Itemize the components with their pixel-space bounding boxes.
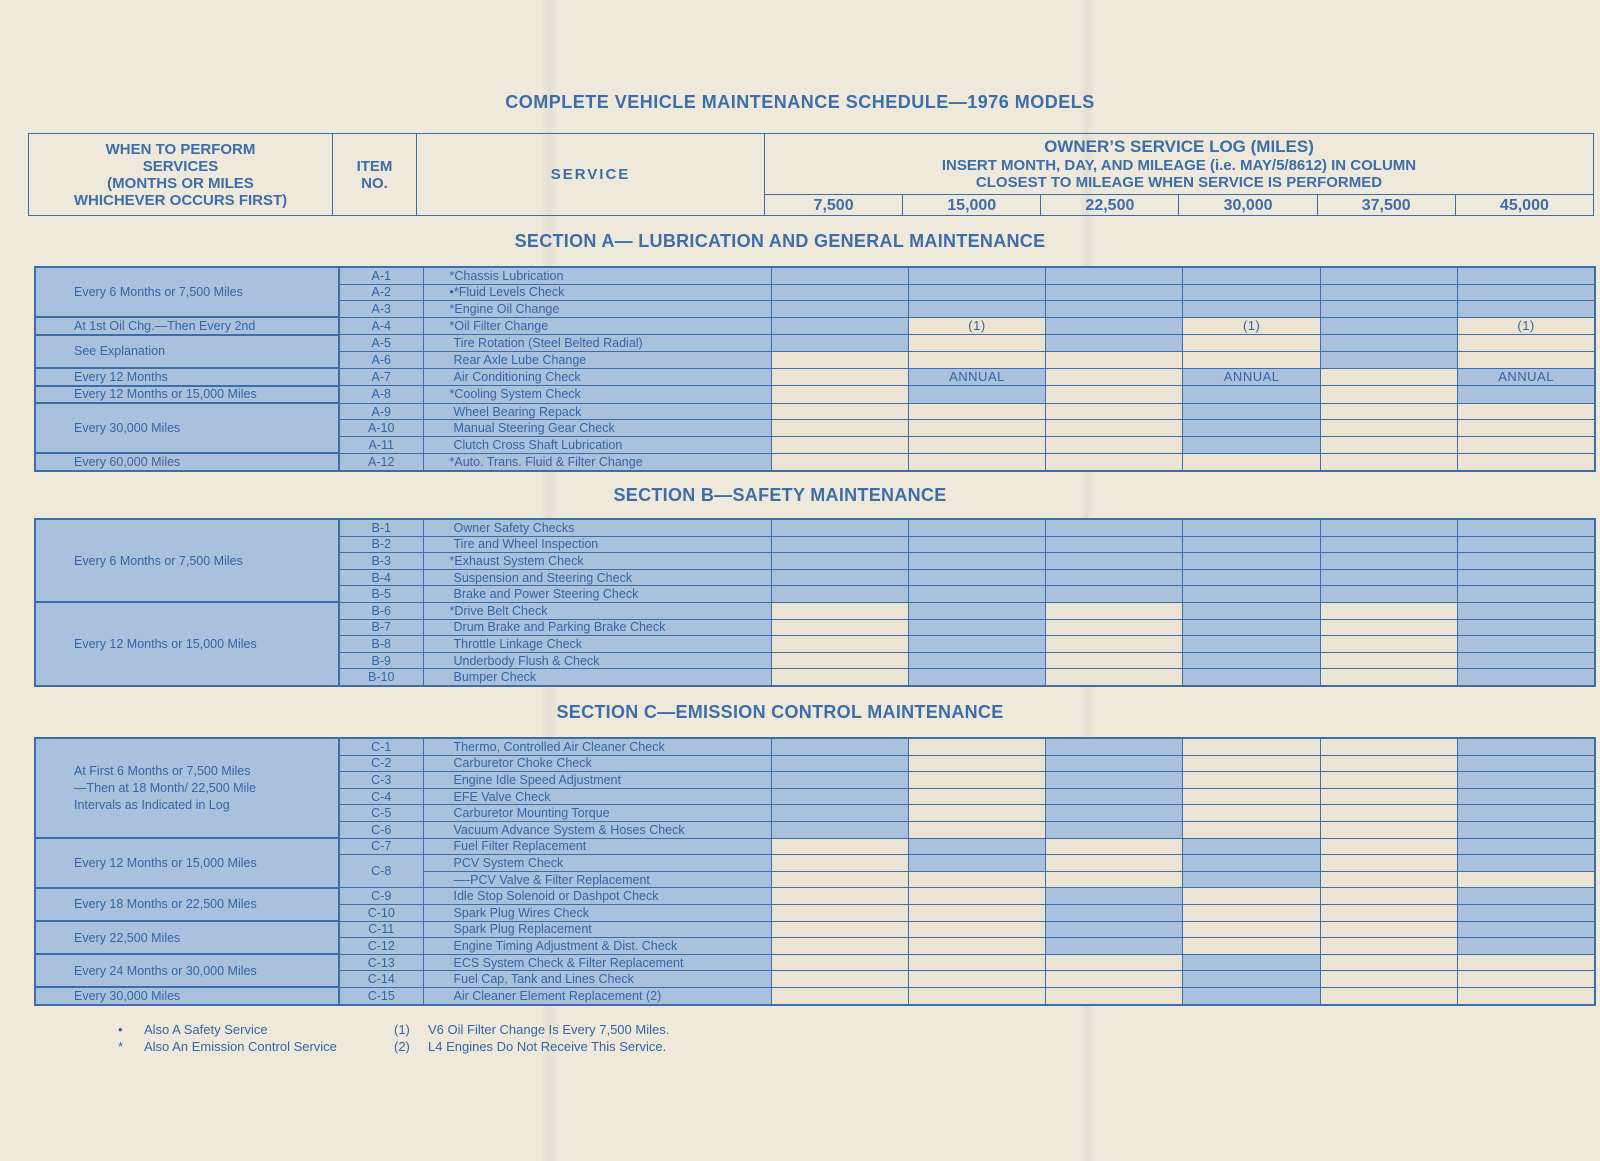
service-log-cell[interactable]	[1183, 669, 1320, 686]
service-log-cell[interactable]	[1046, 351, 1183, 368]
item-number: A-7	[339, 368, 423, 386]
service-log-cell[interactable]	[1320, 971, 1457, 988]
item-number: C-6	[339, 821, 423, 838]
service-log-cell[interactable]	[771, 738, 908, 755]
item-number: B-7	[339, 619, 423, 636]
service-log-cell[interactable]	[1183, 403, 1320, 420]
interval-cell: At 1st Oil Chg.—Then Every 2nd	[35, 317, 339, 335]
service-log-cell[interactable]	[771, 971, 908, 988]
section-b-title: SECTION B—SAFETY MAINTENANCE	[20, 485, 1540, 506]
service-log-cell[interactable]	[771, 317, 908, 335]
service-log-cell[interactable]	[1458, 351, 1595, 368]
service-log-cell[interactable]	[908, 921, 1045, 938]
service-log-cell[interactable]	[771, 755, 908, 772]
item-number: B-9	[339, 652, 423, 669]
service-log-cell[interactable]	[1458, 602, 1595, 619]
service-log-cell[interactable]	[1046, 403, 1183, 420]
section-a-table: Every 6 Months or 7,500 MilesA-1*Chassis…	[34, 266, 1596, 472]
service-log-cell[interactable]	[1046, 301, 1183, 318]
service-log-cell[interactable]	[1183, 536, 1320, 553]
service-log-cell[interactable]	[1046, 317, 1183, 335]
service-log-cell[interactable]	[1046, 821, 1183, 838]
service-log-cell[interactable]	[1183, 904, 1320, 921]
service-log-cell[interactable]	[1458, 772, 1595, 789]
service-log-cell[interactable]	[1320, 284, 1457, 301]
service-log-cell[interactable]	[1183, 888, 1320, 905]
mileage-column-header: 7,500	[765, 195, 903, 216]
service-log-cell[interactable]	[908, 602, 1045, 619]
service-log-cell[interactable]	[908, 386, 1045, 404]
service-log-cell[interactable]	[908, 938, 1045, 955]
service-log-cell[interactable]	[908, 436, 1045, 453]
item-number: A-11	[339, 436, 423, 453]
service-log-cell[interactable]	[1320, 987, 1457, 1005]
service-log-cell[interactable]	[771, 938, 908, 955]
service-log-cell[interactable]	[771, 821, 908, 838]
service-name: Fuel Filter Replacement	[423, 838, 771, 855]
service-log-cell[interactable]	[908, 351, 1045, 368]
service-log-cell[interactable]	[1183, 351, 1320, 368]
service-log-cell[interactable]	[1458, 938, 1595, 955]
service-log-cell[interactable]	[771, 368, 908, 386]
service-log-cell[interactable]	[1458, 436, 1595, 453]
service-log-cell[interactable]	[1458, 301, 1595, 318]
service-log-cell[interactable]	[1183, 954, 1320, 971]
service-log-cell[interactable]	[1046, 755, 1183, 772]
section-a-title: SECTION A— LUBRICATION AND GENERAL MAINT…	[20, 231, 1540, 252]
service-log-cell[interactable]	[1320, 586, 1457, 603]
item-number: C-1	[339, 738, 423, 755]
service-log-cell[interactable]	[771, 954, 908, 971]
service-log-cell[interactable]	[1046, 335, 1183, 352]
service-name: Thermo, Controlled Air Cleaner Check	[423, 738, 771, 755]
service-log-cell[interactable]	[1458, 805, 1595, 822]
service-name: *Exhaust System Check	[423, 553, 771, 570]
service-log-cell[interactable]	[1046, 921, 1183, 938]
service-log-cell[interactable]	[771, 838, 908, 855]
service-log-cell[interactable]	[1046, 904, 1183, 921]
service-log-cell[interactable]	[1183, 453, 1320, 471]
service-log-cell[interactable]	[908, 971, 1045, 988]
service-log-cell[interactable]	[1458, 420, 1595, 437]
service-log-cell[interactable]	[771, 888, 908, 905]
service-log-cell[interactable]	[1458, 669, 1595, 686]
service-log-cell[interactable]	[908, 453, 1045, 471]
service-log-cell[interactable]	[1320, 805, 1457, 822]
service-log-cell[interactable]	[1046, 987, 1183, 1005]
service-log-cell[interactable]: (1)	[1458, 317, 1595, 335]
service-log-cell[interactable]	[908, 855, 1045, 872]
item-number: C-5	[339, 805, 423, 822]
service-log-cell[interactable]	[1458, 821, 1595, 838]
table-row: Every 12 Months or 15,000 MilesB-6*Drive…	[35, 602, 1595, 619]
service-log-cell[interactable]	[1458, 267, 1595, 284]
service-log-cell[interactable]	[1320, 553, 1457, 570]
service-log-cell[interactable]	[771, 602, 908, 619]
service-log-cell[interactable]	[1183, 855, 1320, 872]
service-log-cell[interactable]	[1320, 453, 1457, 471]
interval-cell: Every 12 Months or 15,000 Miles	[35, 386, 339, 404]
service-log-cell[interactable]	[1183, 738, 1320, 755]
service-log-cell[interactable]	[1320, 938, 1457, 955]
service-log-cell[interactable]	[1183, 386, 1320, 404]
service-log-cell[interactable]	[1046, 788, 1183, 805]
service-log-cell[interactable]	[771, 636, 908, 653]
service-log-cell[interactable]	[771, 453, 908, 471]
service-log-cell[interactable]	[771, 569, 908, 586]
service-log-cell[interactable]	[1183, 519, 1320, 536]
service-name: EFE Valve Check	[423, 788, 771, 805]
service-log-cell[interactable]	[771, 987, 908, 1005]
service-log-cell[interactable]	[1046, 805, 1183, 822]
service-log-cell[interactable]	[908, 821, 1045, 838]
service-log-cell[interactable]	[1183, 987, 1320, 1005]
service-log-cell[interactable]	[1183, 420, 1320, 437]
service-log-cell[interactable]	[908, 586, 1045, 603]
service-log-cell[interactable]: ANNUAL	[908, 368, 1045, 386]
service-log-cell[interactable]	[771, 403, 908, 420]
service-log-cell[interactable]	[1320, 403, 1457, 420]
footnote: * Also An Emission Control Service (2) L…	[118, 1038, 669, 1055]
service-log-cell[interactable]	[1046, 368, 1183, 386]
service-log-cell[interactable]	[1320, 738, 1457, 755]
service-log-cell[interactable]	[1320, 652, 1457, 669]
service-name: Manual Steering Gear Check	[423, 420, 771, 437]
section-c-table: At First 6 Months or 7,500 Miles—Then at…	[34, 737, 1596, 1006]
service-log-cell[interactable]	[908, 636, 1045, 653]
service-log-cell[interactable]: ANNUAL	[1183, 368, 1320, 386]
service-log-cell[interactable]	[1320, 267, 1457, 284]
service-log-cell[interactable]	[1320, 921, 1457, 938]
service-log-cell[interactable]	[1320, 821, 1457, 838]
service-log-cell[interactable]	[1320, 317, 1457, 335]
item-number: B-5	[339, 586, 423, 603]
service-log-cell[interactable]	[771, 788, 908, 805]
service-log-cell[interactable]	[1458, 619, 1595, 636]
service-log-cell[interactable]	[1320, 871, 1457, 888]
service-log-cell[interactable]	[771, 267, 908, 284]
service-log-cell[interactable]	[1458, 335, 1595, 352]
service-name: Rear Axle Lube Change	[423, 351, 771, 368]
service-name: Carburetor Mounting Torque	[423, 805, 771, 822]
service-log-cell[interactable]	[908, 335, 1045, 352]
service-log-cell[interactable]	[1046, 569, 1183, 586]
item-number: C-13	[339, 954, 423, 971]
service-log-cell[interactable]	[908, 904, 1045, 921]
service-log-cell[interactable]	[1046, 971, 1183, 988]
service-log-cell[interactable]	[1183, 602, 1320, 619]
service-log-cell[interactable]	[1320, 602, 1457, 619]
service-log-cell[interactable]	[1183, 805, 1320, 822]
service-name: Underbody Flush & Check	[423, 652, 771, 669]
service-log-cell[interactable]	[1458, 788, 1595, 805]
interval-cell: Every 6 Months or 7,500 Miles	[35, 267, 339, 317]
service-log-cell[interactable]	[908, 569, 1045, 586]
service-log-cell[interactable]	[1458, 553, 1595, 570]
service-log-cell[interactable]	[1458, 904, 1595, 921]
service-log-cell[interactable]	[771, 669, 908, 686]
service-log-cell[interactable]	[1183, 586, 1320, 603]
service-log-cell[interactable]	[908, 420, 1045, 437]
service-log-cell[interactable]	[908, 987, 1045, 1005]
item-number: A-9	[339, 403, 423, 420]
service-log-cell[interactable]	[1183, 772, 1320, 789]
service-log-cell[interactable]	[1046, 938, 1183, 955]
service-log-cell[interactable]	[771, 805, 908, 822]
service-log-cell[interactable]	[1046, 386, 1183, 404]
service-log-cell[interactable]	[1320, 436, 1457, 453]
when-to-perform-header: WHEN TO PERFORMSERVICES(MONTHS OR MILESW…	[29, 134, 333, 216]
service-log-cell[interactable]	[1458, 569, 1595, 586]
service-log-cell[interactable]	[1046, 519, 1183, 536]
service-log-cell[interactable]	[1458, 586, 1595, 603]
service-log-cell[interactable]	[1046, 602, 1183, 619]
service-log-cell[interactable]	[1183, 284, 1320, 301]
service-log-cell[interactable]	[1320, 788, 1457, 805]
service-log-cell[interactable]	[1458, 652, 1595, 669]
service-log-cell[interactable]	[1458, 284, 1595, 301]
interval-cell: Every 24 Months or 30,000 Miles	[35, 954, 339, 987]
service-log-cell[interactable]	[1320, 904, 1457, 921]
service-log-cell[interactable]	[771, 386, 908, 404]
table-row: Every 24 Months or 30,000 MilesC-13ECS S…	[35, 954, 1595, 971]
service-log-cell[interactable]	[1046, 954, 1183, 971]
service-log-cell[interactable]: ANNUAL	[1458, 368, 1595, 386]
service-log-cell[interactable]	[908, 301, 1045, 318]
service-log-cell[interactable]	[908, 755, 1045, 772]
item-number: B-1	[339, 519, 423, 536]
service-log-cell[interactable]	[771, 335, 908, 352]
table-row: Every 6 Months or 7,500 MilesA-1*Chassis…	[35, 267, 1595, 284]
service-name: Carburetor Choke Check	[423, 755, 771, 772]
service-log-cell[interactable]	[1183, 553, 1320, 570]
service-name: Owner Safety Checks	[423, 519, 771, 536]
service-log-cell[interactable]	[1183, 788, 1320, 805]
service-log-cell[interactable]	[908, 772, 1045, 789]
service-log-cell[interactable]	[1320, 772, 1457, 789]
service-log-cell[interactable]	[1320, 888, 1457, 905]
service-log-cell[interactable]	[1458, 636, 1595, 653]
item-number: A-3	[339, 301, 423, 318]
table-row: See ExplanationA-5Tire Rotation (Steel B…	[35, 335, 1595, 352]
service-log-cell[interactable]	[1183, 938, 1320, 955]
service-name: Clutch Cross Shaft Lubrication	[423, 436, 771, 453]
service-log-cell[interactable]	[1320, 351, 1457, 368]
service-log-cell[interactable]	[1183, 436, 1320, 453]
service-log-cell[interactable]	[1320, 301, 1457, 318]
service-log-cell[interactable]	[1458, 888, 1595, 905]
service-log-cell[interactable]	[771, 871, 908, 888]
item-number: A-1	[339, 267, 423, 284]
service-log-cell[interactable]	[1320, 669, 1457, 686]
service-name: *Cooling System Check	[423, 386, 771, 404]
service-name: Air Conditioning Check	[423, 368, 771, 386]
service-log-cell[interactable]	[1046, 772, 1183, 789]
service-log-cell[interactable]	[908, 284, 1045, 301]
service-log-cell[interactable]	[1320, 536, 1457, 553]
service-log-cell[interactable]	[1046, 636, 1183, 653]
service-log-cell[interactable]	[1320, 619, 1457, 636]
mileage-column-header: 22,500	[1041, 195, 1179, 216]
service-log-cell[interactable]	[1046, 669, 1183, 686]
service-log-cell[interactable]	[1320, 954, 1457, 971]
item-number: A-6	[339, 351, 423, 368]
service-log-cell[interactable]	[1046, 888, 1183, 905]
service-log-cell[interactable]	[908, 805, 1045, 822]
service-log-cell[interactable]	[771, 553, 908, 570]
service-log-cell[interactable]	[1046, 619, 1183, 636]
service-log-cell[interactable]	[771, 420, 908, 437]
item-number: B-2	[339, 536, 423, 553]
service-log-cell[interactable]	[1320, 569, 1457, 586]
service-log-cell[interactable]	[1183, 335, 1320, 352]
mileage-column-header: 30,000	[1179, 195, 1317, 216]
service-log-cell[interactable]	[908, 738, 1045, 755]
service-log-cell[interactable]	[1183, 636, 1320, 653]
service-log-cell[interactable]	[1046, 553, 1183, 570]
item-number: C-7	[339, 838, 423, 855]
service-log-cell[interactable]	[1046, 436, 1183, 453]
service-log-cell[interactable]	[908, 669, 1045, 686]
service-log-cell[interactable]	[908, 652, 1045, 669]
service-log-cell[interactable]	[1458, 536, 1595, 553]
service-log-cell[interactable]	[908, 871, 1045, 888]
table-row: Every 18 Months or 22,500 MilesC-9Idle S…	[35, 888, 1595, 905]
service-log-cell[interactable]	[1458, 755, 1595, 772]
service-log-cell[interactable]	[1183, 755, 1320, 772]
service-log-cell[interactable]	[1183, 569, 1320, 586]
service-log-cell[interactable]	[1046, 871, 1183, 888]
service-log-cell[interactable]	[1046, 838, 1183, 855]
service-name: PCV System Check	[423, 855, 771, 872]
service-name: Spark Plug Wires Check	[423, 904, 771, 921]
service-log-cell[interactable]	[771, 921, 908, 938]
service-log-cell[interactable]	[1320, 755, 1457, 772]
service-name: *Engine Oil Change	[423, 301, 771, 318]
item-number: C-3	[339, 772, 423, 789]
service-log-cell[interactable]	[1046, 284, 1183, 301]
footnote: • Also A Safety Service (1) V6 Oil Filte…	[118, 1021, 669, 1038]
service-log-cell[interactable]	[1046, 855, 1183, 872]
service-log-cell[interactable]	[1183, 838, 1320, 855]
service-log-cell[interactable]	[1183, 971, 1320, 988]
service-log-cell[interactable]	[1458, 519, 1595, 536]
service-log-cell[interactable]	[908, 403, 1045, 420]
item-number: A-5	[339, 335, 423, 352]
service-log-cell[interactable]	[1458, 871, 1595, 888]
item-number: C-12	[339, 938, 423, 955]
service-log-cell[interactable]	[1046, 267, 1183, 284]
service-log-cell[interactable]	[1046, 738, 1183, 755]
service-log-cell[interactable]	[1458, 987, 1595, 1005]
service-name: Bumper Check	[423, 669, 771, 686]
service-log-cell[interactable]	[1046, 652, 1183, 669]
service-name: *Auto. Trans. Fluid & Filter Change	[423, 453, 771, 471]
service-log-cell[interactable]	[1183, 652, 1320, 669]
service-log-cell[interactable]	[1458, 921, 1595, 938]
service-log-cell[interactable]	[908, 536, 1045, 553]
service-log-cell[interactable]	[908, 553, 1045, 570]
service-log-cell[interactable]	[1046, 586, 1183, 603]
service-log-cell[interactable]	[1183, 267, 1320, 284]
service-log-cell[interactable]	[771, 586, 908, 603]
item-number: B-8	[339, 636, 423, 653]
service-log-cell[interactable]	[771, 536, 908, 553]
service-log-cell[interactable]	[1458, 403, 1595, 420]
service-log-cell[interactable]	[771, 519, 908, 536]
service-log-cell[interactable]	[908, 888, 1045, 905]
service-log-cell[interactable]	[908, 519, 1045, 536]
table-row: At First 6 Months or 7,500 Miles—Then at…	[35, 738, 1595, 755]
item-number: C-8	[339, 855, 423, 888]
item-number: C-14	[339, 971, 423, 988]
service-log-cell[interactable]	[1320, 855, 1457, 872]
item-number: C-15	[339, 987, 423, 1005]
service-log-cell[interactable]	[1458, 855, 1595, 872]
service-log-cell[interactable]	[1458, 954, 1595, 971]
service-log-cell[interactable]	[1320, 838, 1457, 855]
service-log-cell[interactable]	[1046, 453, 1183, 471]
service-name: Brake and Power Steering Check	[423, 586, 771, 603]
service-log-cell[interactable]	[771, 904, 908, 921]
service-log-cell[interactable]	[1320, 519, 1457, 536]
service-log-cell[interactable]	[1320, 636, 1457, 653]
service-log-cell[interactable]	[908, 838, 1045, 855]
item-number: A-4	[339, 317, 423, 335]
service-log-cell[interactable]	[771, 772, 908, 789]
service-log-cell[interactable]	[771, 619, 908, 636]
service-log-cell[interactable]	[908, 619, 1045, 636]
service-name: *Chassis Lubrication	[423, 267, 771, 284]
service-log-cell[interactable]	[1183, 871, 1320, 888]
service-log-cell[interactable]	[771, 301, 908, 318]
service-log-cell[interactable]	[1320, 368, 1457, 386]
item-number: B-10	[339, 669, 423, 686]
service-name: Air Cleaner Element Replacement (2)	[423, 987, 771, 1005]
item-number: B-6	[339, 602, 423, 619]
service-log-cell[interactable]	[1458, 386, 1595, 404]
service-log-cell[interactable]	[1320, 386, 1457, 404]
service-log-cell[interactable]	[908, 267, 1045, 284]
service-log-cell[interactable]: (1)	[908, 317, 1045, 335]
service-name: Wheel Bearing Repack	[423, 403, 771, 420]
service-log-cell[interactable]	[1183, 921, 1320, 938]
service-log-cell[interactable]	[1320, 335, 1457, 352]
service-log-cell[interactable]	[1458, 971, 1595, 988]
service-log-cell[interactable]	[1183, 301, 1320, 318]
service-log-cell[interactable]	[771, 351, 908, 368]
mileage-column-header: 15,000	[903, 195, 1041, 216]
item-number: A-2	[339, 284, 423, 301]
service-log-cell[interactable]	[771, 652, 908, 669]
service-name: ECS System Check & Filter Replacement	[423, 954, 771, 971]
service-log-cell[interactable]	[771, 284, 908, 301]
service-log-cell[interactable]	[1046, 536, 1183, 553]
service-log-cell[interactable]	[1458, 453, 1595, 471]
service-log-cell[interactable]	[1458, 838, 1595, 855]
service-log-cell[interactable]	[1320, 420, 1457, 437]
interval-cell: Every 22,500 Miles	[35, 921, 339, 954]
service-log-cell[interactable]	[908, 788, 1045, 805]
service-log-cell[interactable]	[1183, 821, 1320, 838]
service-log-cell[interactable]	[771, 436, 908, 453]
service-log-cell[interactable]	[908, 954, 1045, 971]
service-log-cell[interactable]	[1183, 619, 1320, 636]
service-log-cell[interactable]	[771, 855, 908, 872]
service-log-cell[interactable]: (1)	[1183, 317, 1320, 335]
service-log-cell[interactable]	[1458, 738, 1595, 755]
service-log-cell[interactable]	[1046, 420, 1183, 437]
